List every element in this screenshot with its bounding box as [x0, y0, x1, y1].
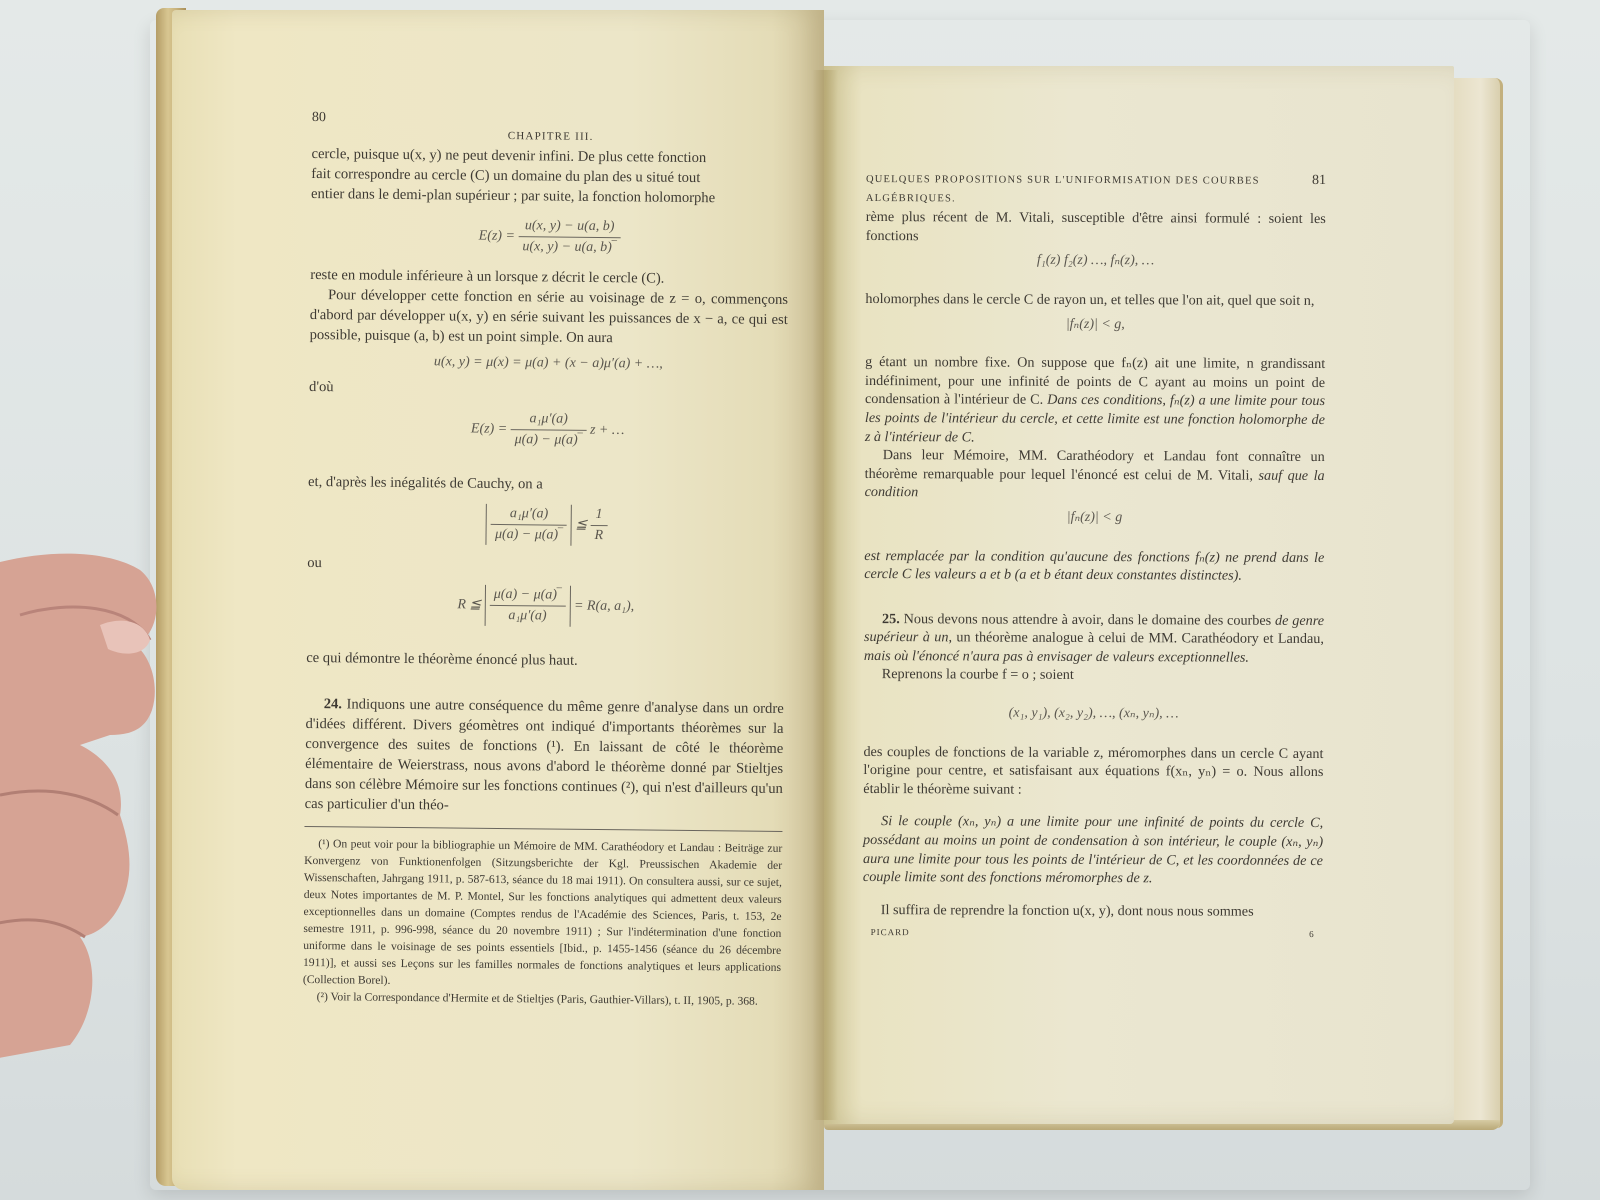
equation-condition: |fₙ(z)| < g — [864, 508, 1324, 529]
footnotes: (¹) On peut voir pour la bibliographie u… — [303, 835, 783, 1010]
paragraph: holomorphes dans le cercle C de rayon un… — [865, 290, 1325, 311]
paragraph: Reprenons la courbe f = o ; soient — [864, 665, 1324, 686]
paragraph: et, d'après les inégalités de Cauchy, on… — [308, 472, 786, 497]
equation-e-of-z: E(z) = u(x, y) − u(a, b) u(x, y) − u(a, … — [310, 214, 788, 260]
page-number-right: 81 — [1312, 172, 1326, 191]
footnote-1: (¹) On peut voir pour la bibliographie u… — [303, 835, 783, 993]
paragraph-vitali: g étant un nombre fixe. On suppose que f… — [865, 353, 1325, 448]
section-25: 25. Nous devons nous attendre à avoir, d… — [864, 610, 1324, 668]
equation-e-of-z-series: E(z) = a₁μ′(a) μ(a) − μ(a)‾ z + … — [308, 407, 786, 453]
equation-series-expansion: u(x, y) = μ(x) = μ(a) + (x − a)μ′(a) + …… — [309, 351, 787, 376]
section-number: 24. — [324, 696, 342, 712]
equation-bound: |fₙ(z)| < g, — [865, 315, 1325, 336]
equation-function-sequence: f₁(z) f₂(z) …, fₙ(z), … — [866, 251, 1326, 272]
equation-cauchy-inequality: a₁μ′(a) μ(a) − μ(a)‾ ≦ 1 R — [307, 502, 785, 548]
right-page-text: QUELQUES PROPOSITIONS SUR L'UNIFORMISATI… — [863, 170, 1326, 944]
label-ou: ou — [307, 553, 785, 578]
running-head-title: QUELQUES PROPOSITIONS SUR L'UNIFORMISATI… — [866, 171, 1312, 210]
paragraph: Il suffira de reprendre la fonction u(x,… — [863, 901, 1323, 922]
page-number-left: 80 — [312, 108, 326, 128]
equation-couples: (x₁, y₁), (x₂, y₂), …, (xₙ, yₙ), … — [864, 704, 1324, 725]
paragraph: rème plus récent de M. Vitali, susceptib… — [866, 208, 1326, 247]
hand-holding-book — [0, 545, 210, 1065]
book-spine-gutter — [812, 70, 838, 1120]
theorem-statement: Si le couple (xₙ, yₙ) a une limite pour … — [863, 812, 1323, 888]
paragraph-line: entier dans le demi-plan supérieur ; par… — [311, 184, 789, 209]
paragraph-replacement: est remplacée par la condition qu'aucune… — [864, 546, 1324, 585]
fraction: a₁μ′(a) μ(a) − μ(a)‾ — [510, 409, 586, 451]
right-running-head: QUELQUES PROPOSITIONS SUR L'UNIFORMISATI… — [866, 170, 1326, 210]
paragraph: Pour développer cette fonction en série … — [310, 285, 789, 350]
section-number: 25. — [882, 611, 900, 627]
signature-line: PICARD 6 — [863, 923, 1323, 944]
footnote-rule — [304, 826, 782, 832]
paragraph-caratheodory: Dans leur Mémoire, MM. Carathéodory et L… — [865, 446, 1325, 504]
fraction: u(x, y) − u(a, b) u(x, y) − u(a, b)‾ — [518, 216, 621, 258]
section-24: 24. Indiquons une autre conséquence du m… — [305, 694, 784, 819]
right-cover-flap — [1450, 78, 1503, 1128]
signature-number: 6 — [1309, 925, 1315, 944]
label-dou: d'où — [309, 377, 787, 402]
photo-scene: 80 CHAPITRE III. cercle, puisque u(x, y)… — [0, 0, 1600, 1200]
left-page-text: 80 CHAPITRE III. cercle, puisque u(x, y)… — [303, 108, 790, 1010]
paragraph: des couples de fonctions de la variable … — [863, 743, 1323, 801]
equation-radius-bound: R ≦ μ(a) − μ(a)‾ a₁μ′(a) = R(a, a₁), — [307, 583, 785, 629]
signature-author: PICARD — [871, 923, 910, 942]
